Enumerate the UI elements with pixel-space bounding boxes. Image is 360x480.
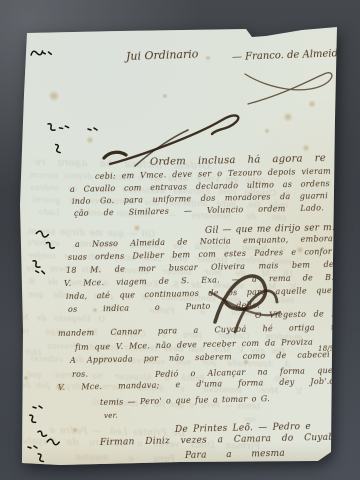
ink-mark	[58, 124, 74, 138]
ink-mark	[41, 50, 56, 63]
foxing-spot	[23, 375, 29, 381]
foxing-spot	[162, 93, 168, 99]
ink-mark	[334, 315, 348, 327]
foxing-spot	[205, 55, 211, 61]
bleedthrough-line: O Viegesto de N.	[19, 314, 105, 324]
foxing-spot	[302, 144, 310, 152]
ink-mark	[26, 413, 42, 427]
foxing-spot	[264, 128, 270, 134]
foxing-spot	[283, 112, 293, 122]
ink-mark	[45, 436, 61, 450]
ink-mark	[87, 127, 101, 139]
handwriting-line: ver.	[104, 412, 132, 420]
handwriting-line: ros.	[72, 370, 98, 379]
foxing-spot	[72, 427, 78, 433]
foxing-spot	[55, 382, 65, 392]
foxing-spot	[133, 224, 141, 232]
foxing-spot	[243, 359, 249, 365]
ink-mark	[331, 322, 348, 337]
foxing-spot	[92, 307, 98, 313]
foxing-spot	[296, 246, 304, 254]
ink-mark	[44, 239, 60, 253]
photo-background: Jui Ordinario — Franco. de Almeida Junr.…	[0, 0, 360, 480]
foxing-spot	[308, 100, 316, 108]
paper-shadow: Jui Ordinario — Franco. de Almeida Junr.…	[0, 0, 360, 480]
ink-mark	[33, 269, 49, 283]
foxing-spot	[48, 90, 60, 102]
letter-paper: Jui Ordinario — Franco. de Almeida Junr.…	[0, 0, 360, 480]
bleedthrough-line: Para a mesma	[75, 454, 175, 465]
ink-mark	[34, 451, 51, 466]
